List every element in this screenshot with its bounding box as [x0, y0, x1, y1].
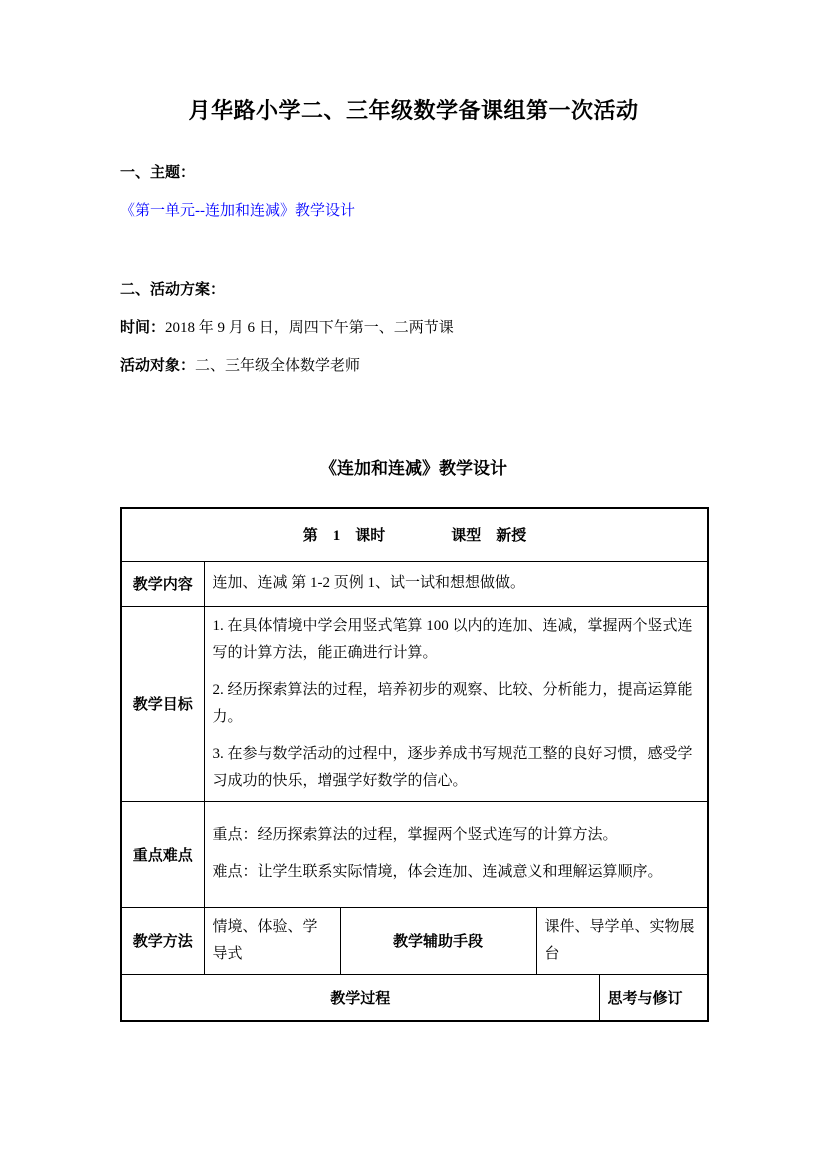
keypoints-label: 重点难点	[121, 801, 204, 907]
section-2-heading: 二、活动方案：	[120, 279, 707, 301]
objectives-cell: 1. 在具体情境中学会用竖式笔算 100 以内的连加、连减，掌握两个竖式连写的计…	[204, 606, 708, 801]
aux-label: 教学辅助手段	[340, 907, 536, 974]
audience-value: 二、三年级全体数学老师	[195, 358, 360, 374]
objective-item: 3. 在参与数学活动的过程中，逐步养成书写规范工整的良好习惯，感受学习成功的快乐…	[213, 741, 700, 795]
objective-item: 1. 在具体情境中学会用竖式笔算 100 以内的连加、连减，掌握两个竖式连写的计…	[213, 613, 700, 667]
lesson-plan-table: 第 1 课时课型 新授 教学内容 连加、连减 第 1-2 页例 1、试一试和想想…	[120, 507, 709, 1022]
aux-value: 课件、导学单、实物展台	[536, 907, 708, 974]
lesson-number: 第 1 课时	[303, 528, 386, 544]
section-1-heading: 一、主题：	[120, 162, 707, 184]
audience-line: 活动对象：二、三年级全体数学老师	[120, 355, 707, 377]
time-label: 时间：	[120, 320, 165, 336]
objectives-label: 教学目标	[121, 606, 204, 801]
audience-label: 活动对象：	[120, 358, 195, 374]
objective-item: 2. 经历探索算法的过程，培养初步的观察、比较、分析能力，提高运算能力。	[213, 677, 700, 731]
table-row-process: 教学过程 思考与修订	[121, 974, 708, 1021]
content-value: 连加、连减 第 1-2 页例 1、试一试和想想做做。	[204, 561, 708, 606]
table-row-header: 第 1 课时课型 新授	[121, 508, 708, 561]
notes-label: 思考与修订	[599, 974, 708, 1021]
course-type: 课型 新授	[451, 528, 526, 544]
process-label: 教学过程	[121, 974, 599, 1021]
time-value: 2018 年 9 月 6 日，周四下午第一、二两节课	[165, 320, 454, 336]
methods-value: 情境、体验、学导式	[204, 907, 340, 974]
lesson-design-title: 《连加和连减》教学设计	[120, 457, 707, 481]
keypoints-cell: 重点：经历探索算法的过程，掌握两个竖式连写的计算方法。 难点：让学生联系实际情境…	[204, 801, 708, 907]
time-line: 时间：2018 年 9 月 6 日，周四下午第一、二两节课	[120, 317, 707, 339]
content-label: 教学内容	[121, 561, 204, 606]
document-page: 月华路小学二、三年级数学备课组第一次活动 一、主题： 《第一单元--连加和连减》…	[0, 0, 827, 1170]
keypoint-item: 重点：经历探索算法的过程，掌握两个竖式连写的计算方法。	[213, 822, 700, 849]
table-row-methods: 教学方法 情境、体验、学导式 教学辅助手段 课件、导学单、实物展台	[121, 907, 708, 974]
table-row-objectives: 教学目标 1. 在具体情境中学会用竖式笔算 100 以内的连加、连减，掌握两个竖…	[121, 606, 708, 801]
table-row-content: 教学内容 连加、连减 第 1-2 页例 1、试一试和想想做做。	[121, 561, 708, 606]
theme-hyperlink[interactable]: 《第一单元--连加和连减》教学设计	[120, 200, 707, 222]
lesson-header-cell: 第 1 课时课型 新授	[121, 508, 708, 561]
methods-label: 教学方法	[121, 907, 204, 974]
keypoint-item: 难点：让学生联系实际情境，体会连加、连减意义和理解运算顺序。	[213, 859, 700, 886]
table-row-keypoints: 重点难点 重点：经历探索算法的过程，掌握两个竖式连写的计算方法。 难点：让学生联…	[121, 801, 708, 907]
document-title: 月华路小学二、三年级数学备课组第一次活动	[120, 96, 707, 126]
